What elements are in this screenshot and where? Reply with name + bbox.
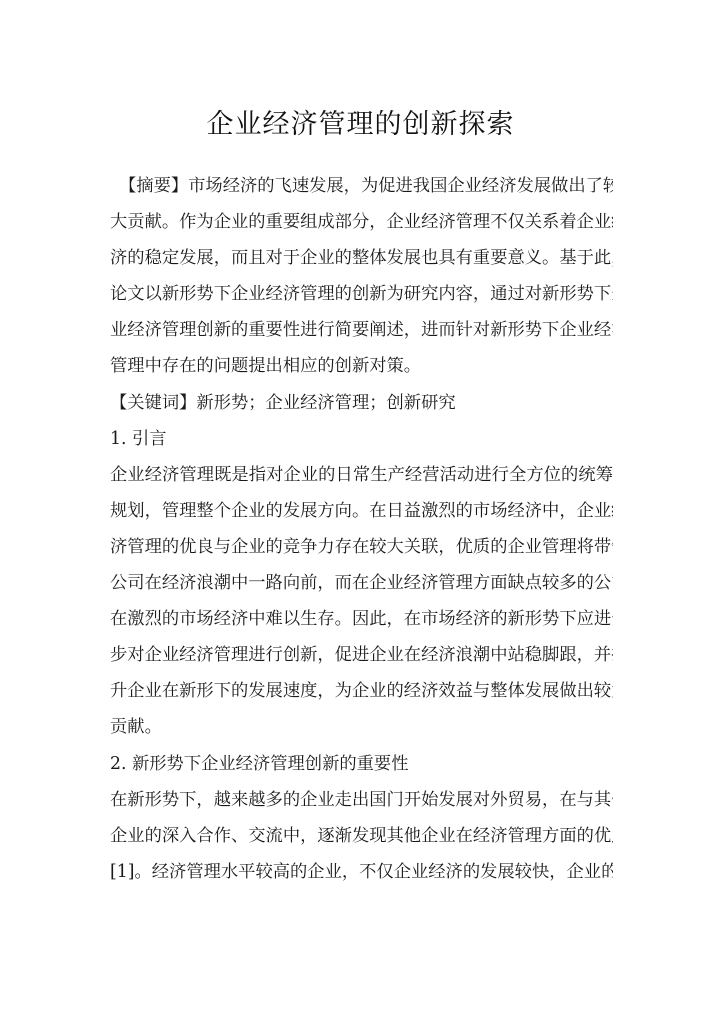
paragraph-line: 在新形势下，越来越多的企业走出国门开始发展对外贸易，在与其他 [110,782,613,818]
document-body: 【摘要】市场经济的飞速发展，为促进我国企业经济发展做出了较 大贡献。作为企业的重… [110,168,613,890]
paragraph-line: 在激烈的市场经济中难以生存。因此，在市场经济的新形势下应进一 [110,601,613,637]
abstract-line: 业经济管理创新的重要性进行简要阐述，进而针对新形势下企业经济 [110,312,613,348]
paragraph-line: 贡献。 [110,709,613,745]
paragraph-line: 企业的深入合作、交流中，逐渐发现其他企业在经济管理方面的优点 [110,818,613,854]
keywords-line: 【关键词】新形势；企业经济管理；创新研究 [110,385,613,421]
document-page: 企业经济管理的创新探索 【摘要】市场经济的飞速发展，为促进我国企业经济发展做出了… [0,0,721,1020]
paragraph-line: 公司在经济浪潮中一路向前，而在企业经济管理方面缺点较多的公司 [110,565,613,601]
document-title: 企业经济管理的创新探索 [0,106,721,144]
paragraph-line: 规划，管理整个企业的发展方向。在日益激烈的市场经济中，企业经 [110,493,613,529]
abstract-line: 【摘要】市场经济的飞速发展，为促进我国企业经济发展做出了较 [110,168,613,204]
abstract-line: 济的稳定发展，而且对于企业的整体发展也具有重要意义。基于此， [110,240,613,276]
paragraph-line: [1]。经济管理水平较高的企业，不仅企业经济的发展较快，企业的 [110,854,613,890]
paragraph-line: 步对企业经济管理进行创新，促进企业在经济浪潮中站稳脚跟，并提 [110,637,613,673]
section-heading-introduction: 1. 引言 [110,421,613,457]
abstract-line: 论文以新形势下企业经济管理的创新为研究内容，通过对新形势下企 [110,276,613,312]
paragraph-line: 企业经济管理既是指对企业的日常生产经营活动进行全方位的统筹 [110,457,613,493]
section-heading-importance: 2. 新形势下企业经济管理创新的重要性 [110,746,613,782]
abstract-line: 管理中存在的问题提出相应的创新对策。 [110,348,613,384]
paragraph-line: 升企业在新形下的发展速度，为企业的经济效益与整体发展做出较大 [110,673,613,709]
abstract-line: 大贡献。作为企业的重要组成部分，企业经济管理不仅关系着企业经 [110,204,613,240]
paragraph-line: 济管理的优良与企业的竞争力存在较大关联，优质的企业管理将带领 [110,529,613,565]
